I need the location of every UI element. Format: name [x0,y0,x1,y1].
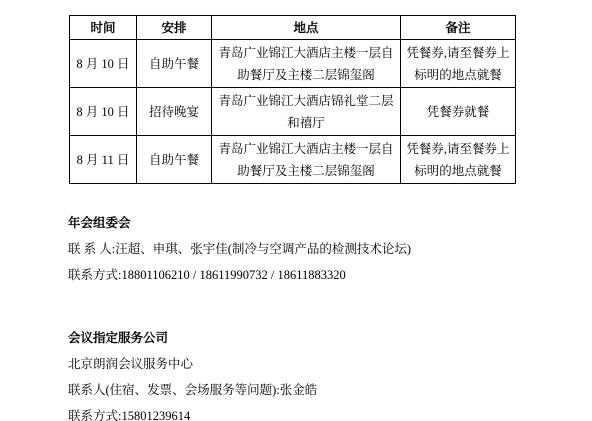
service-company-phone-line: 联系方式:15801239614 [68,403,552,421]
cell-location: 青岛广业锦江大酒店主楼一层自助餐厅及主楼二层锦玺阁 [212,40,401,88]
column-header-remark: 备注 [401,16,516,40]
cell-time: 8 月 10 日 [70,88,137,136]
column-header-location: 地点 [212,16,401,40]
table-row: 8 月 10 日 自助午餐 青岛广业锦江大酒店主楼一层自助餐厅及主楼二层锦玺阁 … [70,40,516,88]
cell-remark: 凭餐券,请至餐券上标明的地点就餐 [401,40,516,88]
document-page: 时间 安排 地点 备注 8 月 10 日 自助午餐 青岛广业锦江大酒店主楼一层自… [0,0,592,421]
service-company-contact-line: 联系人(住宿、发票、会场服务等问题):张金皓 [68,377,552,403]
cell-time: 8 月 11 日 [70,136,137,184]
table-row: 8 月 11 日 自助午餐 青岛广业锦江大酒店主楼一层自助餐厅及主楼二层锦玺阁 … [70,136,516,184]
cell-arrangement: 自助午餐 [137,136,212,184]
column-header-arrangement: 安排 [137,16,212,40]
committee-contacts-line: 联 系 人:汪超、申琪、张宇佳(制冷与空调产品的检测技术论坛) [68,236,552,262]
table-row: 8 月 10 日 招待晚宴 青岛广业锦江大酒店锦礼堂二层和禧厅 凭餐券就餐 [70,88,516,136]
cell-arrangement: 招待晚宴 [137,88,212,136]
committee-section: 年会组委会 联 系 人:汪超、申琪、张宇佳(制冷与空调产品的检测技术论坛) 联系… [68,210,552,288]
cell-remark: 凭餐券就餐 [401,88,516,136]
service-company-name: 北京朗润会议服务中心 [68,351,552,377]
service-company-title: 会议指定服务公司 [68,325,552,351]
cell-location: 青岛广业锦江大酒店锦礼堂二层和禧厅 [212,88,401,136]
column-header-time: 时间 [70,16,137,40]
table-header-row: 时间 安排 地点 备注 [70,16,516,40]
cell-time: 8 月 10 日 [70,40,137,88]
cell-remark: 凭餐券,请至餐券上标明的地点就餐 [401,136,516,184]
committee-phone-line: 联系方式:18801106210 / 18611990732 / 1861188… [68,262,552,288]
cell-location: 青岛广业锦江大酒店主楼一层自助餐厅及主楼二层锦玺阁 [212,136,401,184]
meal-schedule-table: 时间 安排 地点 备注 8 月 10 日 自助午餐 青岛广业锦江大酒店主楼一层自… [69,15,516,184]
committee-title: 年会组委会 [68,210,552,236]
cell-arrangement: 自助午餐 [137,40,212,88]
service-company-section: 会议指定服务公司 北京朗润会议服务中心 联系人(住宿、发票、会场服务等问题):张… [68,325,552,421]
